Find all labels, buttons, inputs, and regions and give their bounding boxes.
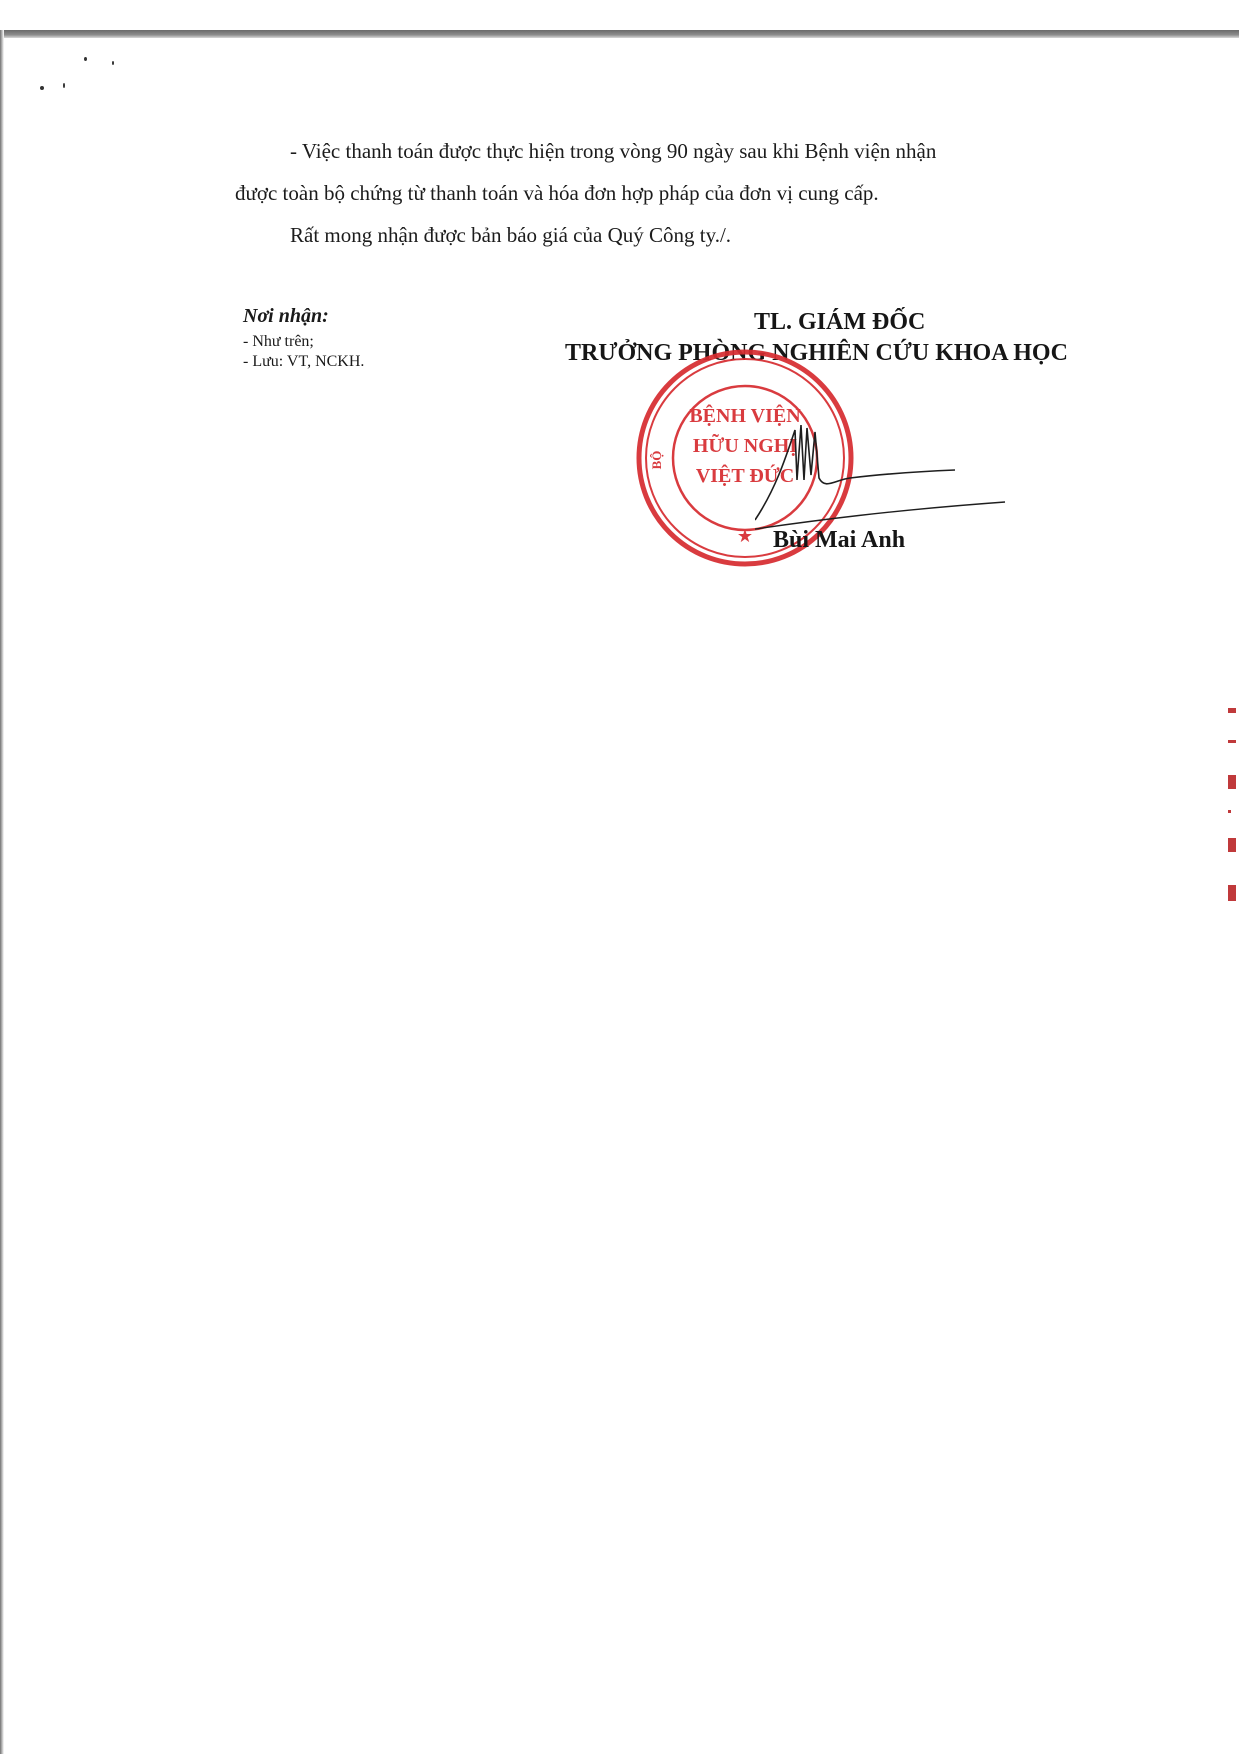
scan-speck <box>84 57 87 61</box>
scan-top-margin <box>0 0 1239 30</box>
recipient-item: - Như trên; <box>243 332 364 352</box>
scan-speck <box>112 61 114 65</box>
recipient-item: - Lưu: VT, NCKH. <box>243 352 364 372</box>
handwritten-signature <box>755 420 1015 540</box>
payment-terms-line-1: - Việc thanh toán được thực hiện trong v… <box>290 141 936 162</box>
scan-left-edge <box>0 30 4 1754</box>
scan-speck <box>40 86 44 90</box>
scan-page-edge <box>0 30 1239 38</box>
closing-request: Rất mong nhận được bản báo giá của Quý C… <box>290 225 731 246</box>
svg-text:★: ★ <box>737 526 753 547</box>
payment-terms-line-2: được toàn bộ chứng từ thanh toán và hóa … <box>235 183 879 204</box>
scan-edge-stamp-fragments <box>1228 700 1239 910</box>
recipients-block: Nơi nhận: - Như trên; - Lưu: VT, NCKH. <box>243 305 364 372</box>
signature-authority-line: TL. GIÁM ĐỐC <box>754 309 925 336</box>
recipients-title: Nơi nhận: <box>243 305 364 328</box>
scan-speck <box>63 83 65 88</box>
svg-text:BỘ: BỘ <box>649 451 664 470</box>
